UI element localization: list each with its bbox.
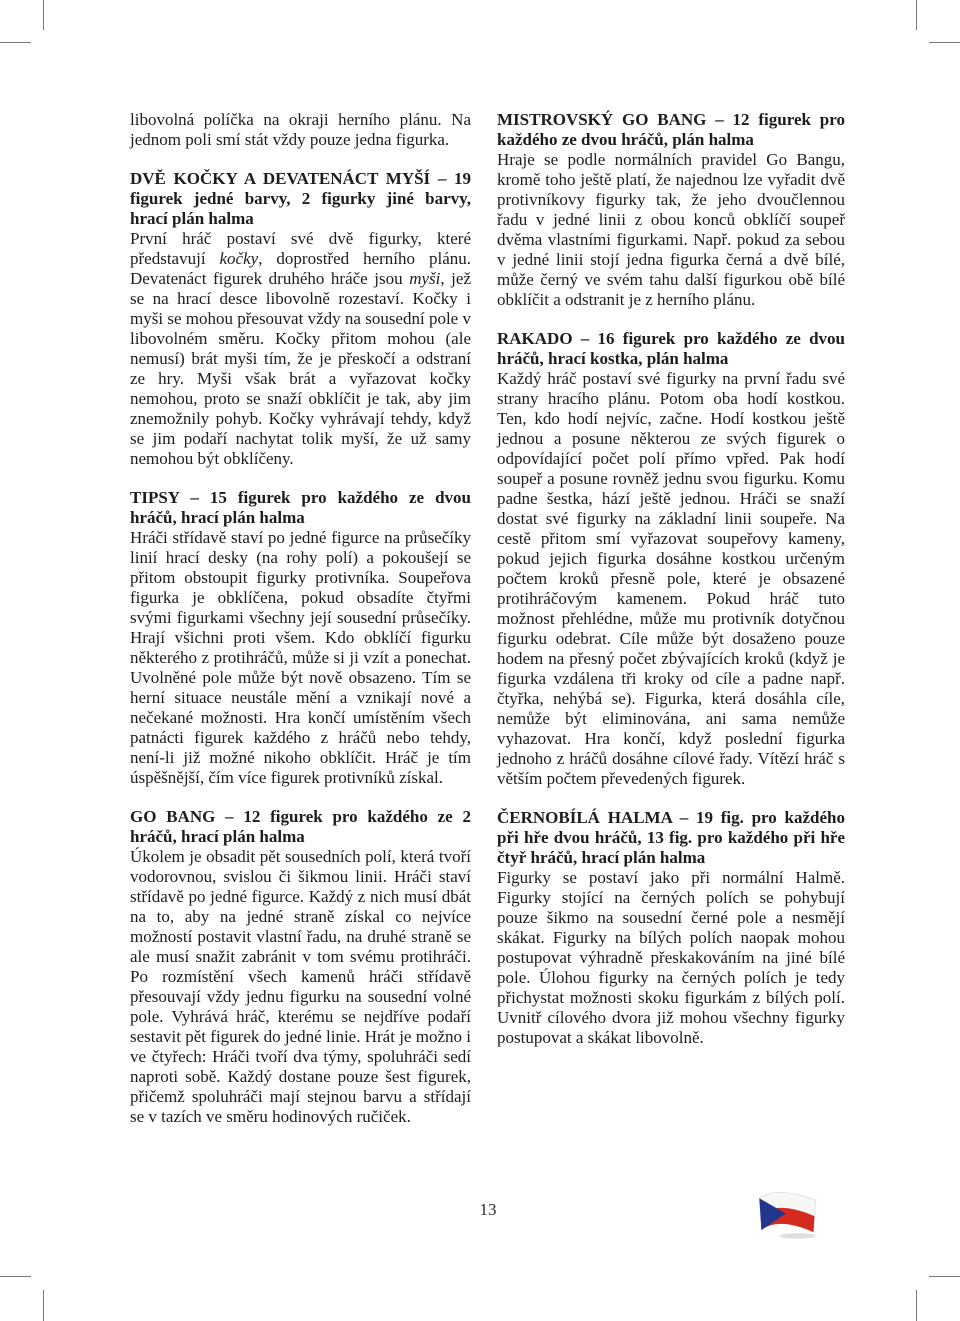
italic-term: myši: [409, 269, 440, 288]
right-column: MISTROVSKÝ GO BANG – 12 figurek pro každ…: [497, 110, 845, 1048]
section-heading: ČERNOBÍLÁ HALMA – 19 fig. pro každého př…: [497, 808, 845, 868]
crop-mark-top-right-horizontal: [929, 42, 960, 43]
section-tipsy: TIPSY – 15 figurek pro každého ze dvou h…: [130, 488, 471, 788]
crop-mark-top-right-vertical: [916, 0, 917, 30]
intro-paragraph: libovolná políčka na okraji herního plán…: [130, 110, 471, 150]
crop-mark-top-left-vertical: [43, 0, 44, 30]
section-cernobila-halma: ČERNOBÍLÁ HALMA – 19 fig. pro každého př…: [497, 808, 845, 1048]
section-go-bang: GO BANG – 12 figurek pro každého ze 2 hr…: [130, 807, 471, 1127]
body-text: , jež se na hrací desce libovolně rozest…: [130, 269, 471, 468]
section-body: První hráč postaví své dvě figurky, kter…: [130, 229, 471, 469]
section-body: Úkolem je obsadit pět sousedních polí, k…: [130, 847, 471, 1127]
section-heading: GO BANG – 12 figurek pro každého ze 2 hr…: [130, 807, 471, 847]
italic-term: kočky: [220, 249, 259, 268]
section-body: Hraje se podle normálních pravidel Go Ba…: [497, 150, 845, 310]
section-body: Hráči střídavě staví po jedné figurce na…: [130, 528, 471, 788]
section-heading: DVĚ KOČKY A DEVATENÁCT MYŠÍ – 19 figurek…: [130, 169, 471, 229]
section-rakado: RAKADO – 16 figurek pro každého ze dvou …: [497, 329, 845, 789]
section-heading: TIPSY – 15 figurek pro každého ze dvou h…: [130, 488, 471, 528]
document-page: libovolná políčka na okraji herního plán…: [0, 0, 960, 1321]
page-number: 13: [130, 1200, 846, 1220]
crop-mark-bottom-right-horizontal: [929, 1276, 960, 1277]
czech-flag-icon: [754, 1184, 822, 1240]
crop-mark-top-left-horizontal: [0, 42, 31, 43]
crop-mark-bottom-left-horizontal: [0, 1276, 31, 1277]
section-body: Figurky se postaví jako při normální Hal…: [497, 868, 845, 1048]
section-mistrovsky-go-bang: MISTROVSKÝ GO BANG – 12 figurek pro každ…: [497, 110, 845, 310]
section-heading: RAKADO – 16 figurek pro každého ze dvou …: [497, 329, 845, 369]
crop-mark-bottom-right-vertical: [916, 1290, 917, 1321]
left-column: libovolná políčka na okraji herního plán…: [130, 110, 471, 1127]
section-heading: MISTROVSKÝ GO BANG – 12 figurek pro každ…: [497, 110, 845, 150]
crop-mark-bottom-left-vertical: [43, 1290, 44, 1321]
section-body: Každý hráč postaví své figurky na první …: [497, 369, 845, 789]
section-dve-kocky: DVĚ KOČKY A DEVATENÁCT MYŠÍ – 19 figurek…: [130, 169, 471, 469]
